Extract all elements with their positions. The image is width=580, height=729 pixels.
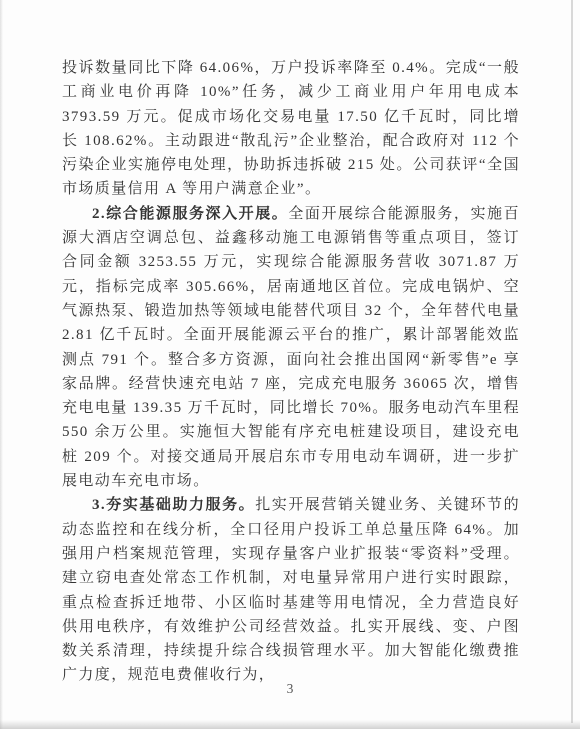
paragraph-lead: 2.综合能源服务深入开展。 (92, 206, 288, 222)
scan-edge-bottom (0, 720, 580, 729)
paragraph-text: 全面开展综合能源服务，实施百源大酒店空调总包、益鑫移动施工电源销售等重点项目，签… (62, 206, 520, 489)
paragraph-text: 扎实开展营销关键业务、关键环节的动态监控和在线分析，全口径用户投诉工单总量压降 … (62, 497, 520, 683)
page-number: 3 (0, 681, 580, 697)
scan-edge-right (571, 0, 573, 723)
scanned-document-page: 投诉数量同比下降 64.06%，万户投诉率降至 0.4%。完成“一般工商业电价再… (0, 0, 580, 729)
document-body-text: 投诉数量同比下降 64.06%，万户投诉率降至 0.4%。完成“一般工商业电价再… (62, 56, 520, 688)
paragraph-section-3: 3.夯实基础助力服务。扎实开展营销关键业务、关键环节的动态监控和在线分析，全口径… (62, 493, 520, 687)
paragraph-lead: 3.夯实基础助力服务。 (92, 497, 255, 513)
paragraph-continuation: 投诉数量同比下降 64.06%，万户投诉率降至 0.4%。完成“一般工商业电价再… (62, 56, 520, 202)
paragraph-text: 投诉数量同比下降 64.06%，万户投诉率降至 0.4%。完成“一般工商业电价再… (62, 60, 520, 197)
paragraph-section-2: 2.综合能源服务深入开展。全面开展综合能源服务，实施百源大酒店空调总包、益鑫移动… (62, 202, 520, 494)
scan-edge-left (0, 0, 3, 729)
